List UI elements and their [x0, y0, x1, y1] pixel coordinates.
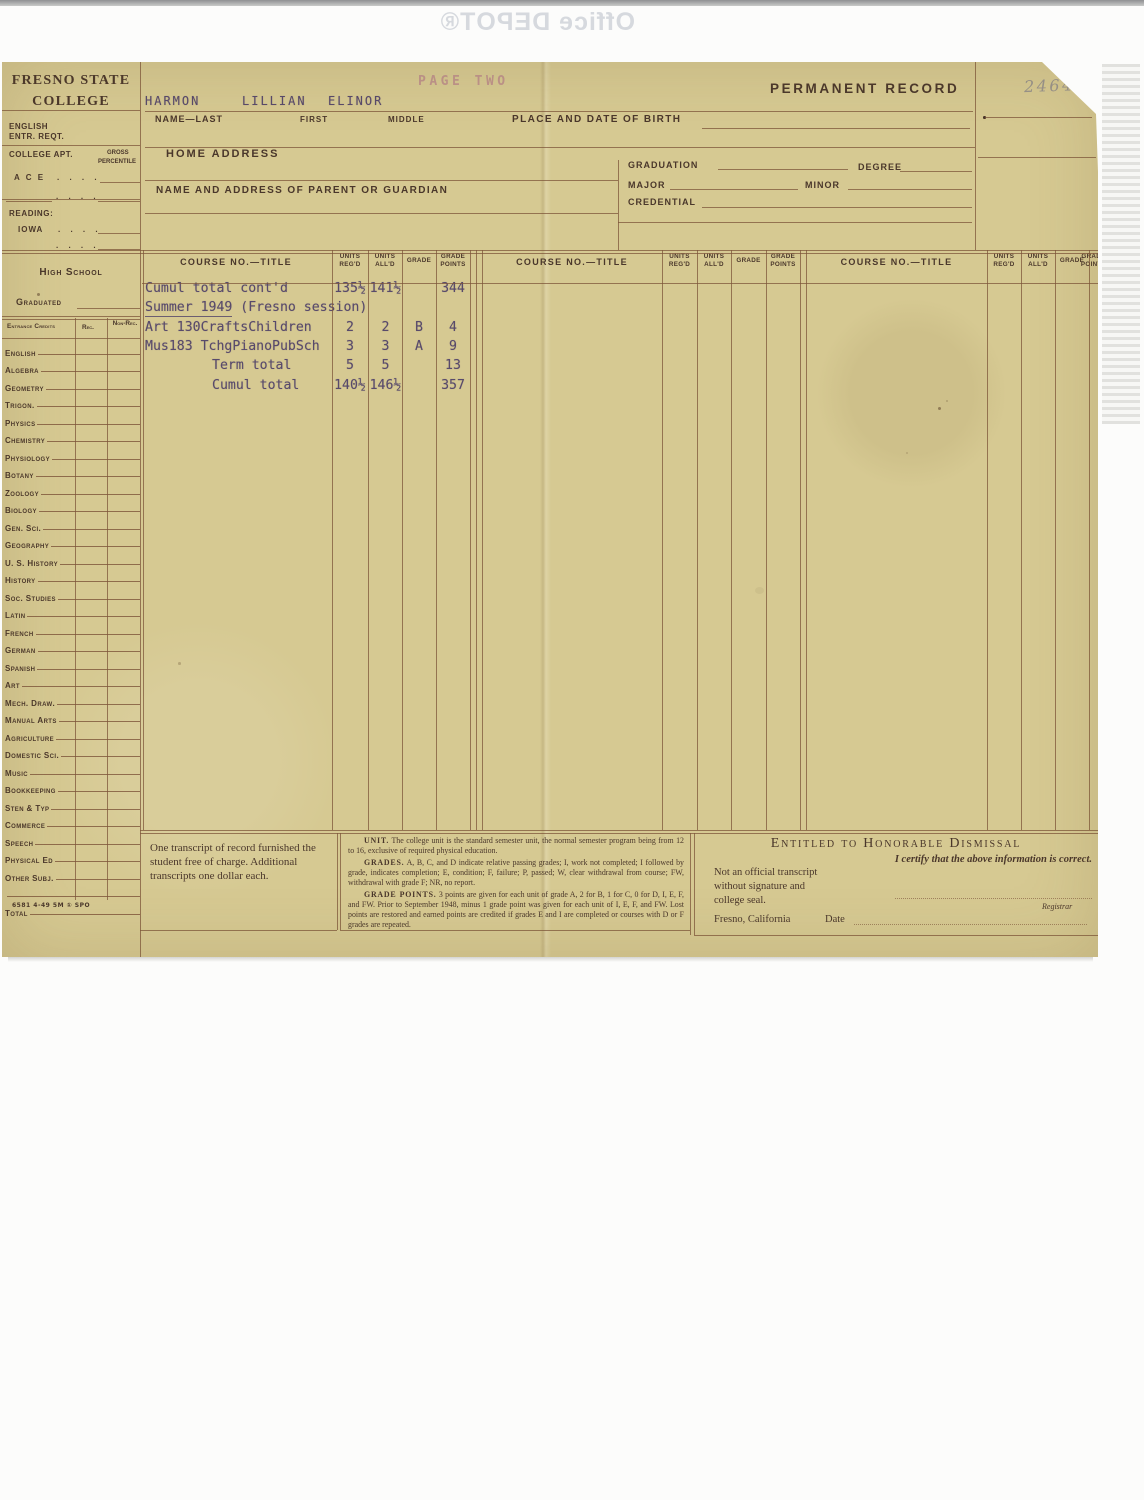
rule-line	[145, 213, 618, 214]
unit-heading: UNIT.	[364, 836, 389, 845]
rule-line	[470, 250, 471, 830]
rule-line	[978, 157, 1096, 158]
paper-speck	[938, 407, 941, 410]
rule-line	[107, 318, 108, 900]
page-protector-edge	[1102, 64, 1140, 424]
rule-line	[2, 316, 140, 317]
rule-line	[662, 250, 663, 830]
paper-speck	[906, 452, 908, 454]
rule-line	[332, 250, 333, 830]
rule-line	[618, 160, 619, 250]
grade-points-heading: GRADE POINTS.	[364, 890, 437, 899]
rule-line	[2, 253, 1098, 254]
rule-line	[618, 222, 972, 223]
rule-line	[1089, 250, 1090, 830]
rule-line	[975, 62, 976, 250]
office-depot-watermark: Office DEPOT®	[235, 10, 635, 35]
city-label: Fresno, California	[714, 915, 790, 926]
rule-line	[848, 189, 972, 190]
rule-line	[985, 117, 1092, 118]
rule-line	[476, 250, 477, 830]
rule-line	[987, 250, 988, 830]
grade-value: B	[415, 321, 423, 334]
registrar-label: Registrar	[1042, 903, 1072, 911]
grade-points-value: 13	[445, 359, 461, 372]
rule-line	[142, 283, 1098, 284]
rule-line	[766, 250, 767, 830]
rule-line	[2, 250, 1098, 251]
rule-line	[145, 111, 973, 112]
rule-line	[2, 319, 140, 320]
course-entry-title: Summer 1949 (Fresno session)	[145, 301, 367, 314]
units-regd-value: 2	[346, 321, 354, 334]
scanned-transcript-page: { "scan": { "watermark": "Office DEPOT®"…	[0, 0, 1144, 1500]
rule-line	[806, 250, 807, 830]
rule-line	[2, 338, 140, 339]
fine-print-block: UNIT. The college unit is the standard s…	[348, 836, 684, 932]
rule-line	[140, 930, 337, 931]
rule-line	[436, 250, 437, 830]
rule-line	[340, 930, 690, 931]
course-entry-title: Mus183 TchgPianoPubSch	[145, 340, 320, 353]
units-alld-value: 146½	[370, 379, 402, 392]
not-official-line2: without signature and	[714, 882, 805, 893]
rule-line	[143, 250, 144, 830]
rule-line	[77, 308, 140, 309]
transcript-document: FRESNO STATE COLLEGE ENGLISH ENTR. REQT.…	[2, 62, 1098, 957]
term-label: Summer 1949	[145, 300, 232, 317]
rule-line	[337, 833, 338, 930]
honorable-dismissal-title: Entitled to Honorable Dismissal	[694, 837, 1098, 851]
rule-line	[140, 62, 141, 957]
rule-line	[697, 250, 698, 830]
rule-line	[718, 169, 848, 170]
grades-heading: GRADES.	[364, 858, 404, 867]
not-official-line1: Not an official transcript	[714, 868, 817, 879]
unit-text: The college unit is the standard semeste…	[348, 836, 684, 855]
paper-speck	[37, 293, 40, 296]
rule-line	[2, 110, 140, 111]
course-entry-title: Art 130CraftsChildren	[145, 321, 312, 334]
rule-line	[368, 250, 369, 830]
rule-line	[702, 128, 970, 129]
paper-speck	[946, 400, 948, 402]
course-entries: Cumul total cont'd135½141½344Summer 1949…	[2, 62, 1098, 957]
paper-stain	[755, 587, 764, 594]
rule-line	[402, 250, 403, 830]
rule-line	[75, 318, 76, 900]
units-regd-value: 5	[346, 359, 354, 372]
rule-line	[694, 935, 1098, 936]
rule-line	[2, 199, 140, 200]
certify-statement: I certify that the above information is …	[727, 855, 1092, 866]
rule-line	[482, 250, 483, 830]
rule-line	[800, 250, 801, 830]
registrar-signature-line	[895, 898, 1092, 899]
rule-line	[670, 189, 798, 190]
rule-line	[340, 833, 341, 930]
rule-line	[694, 833, 695, 935]
course-entry-title: Cumul total	[212, 379, 299, 392]
rule-line	[140, 830, 1098, 831]
rule-line	[731, 250, 732, 830]
units-alld-value: 3	[382, 340, 390, 353]
rule-line	[145, 180, 618, 181]
rule-line	[1021, 250, 1022, 830]
transcript-fee-note: One transcript of record furnished the s…	[150, 842, 326, 883]
rule-line	[2, 145, 140, 146]
date-line	[854, 924, 1087, 925]
rule-line	[702, 207, 972, 208]
grade-points-value: 9	[449, 340, 457, 353]
date-label: Date	[825, 915, 845, 926]
not-official-line3: college seal.	[714, 896, 766, 907]
units-regd-value: 140½	[334, 379, 366, 392]
grade-value: A	[415, 340, 423, 353]
units-alld-value: 5	[382, 359, 390, 372]
scanner-top-edge	[0, 0, 1144, 6]
rule-line	[140, 833, 1098, 834]
rule-line	[1055, 250, 1056, 830]
units-alld-value: 2	[382, 321, 390, 334]
paper-speck	[178, 662, 181, 665]
grade-points-value: 4	[449, 321, 457, 334]
rule-line	[145, 147, 975, 148]
course-entry-title: Term total	[212, 359, 291, 372]
units-regd-value: 3	[346, 340, 354, 353]
rule-line	[900, 171, 972, 172]
rule-line	[690, 833, 691, 935]
grade-points-value: 357	[441, 379, 465, 392]
